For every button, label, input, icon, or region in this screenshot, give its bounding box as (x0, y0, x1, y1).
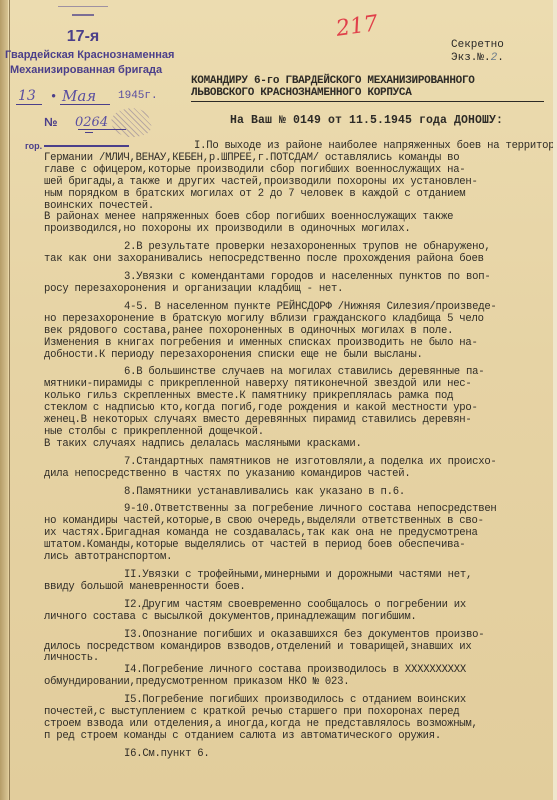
paragraph-9-10: 9-10.Ответственны за погребение личного … (44, 504, 544, 564)
paragraph-6: 6.В большинстве случаев на могилах стави… (44, 367, 544, 450)
stamp-scribble (109, 104, 153, 143)
stamp-small-dash (85, 132, 93, 133)
reg-number: 0264 (75, 115, 108, 130)
reg-label: № (44, 115, 57, 129)
paragraph-8: 8.Памятники устанавливались как указано … (44, 487, 544, 499)
date-year: 1945г. (118, 90, 158, 102)
stamp-line-1: Гвардейская Краснознаменная (5, 49, 165, 61)
archive-page-number: 217 (334, 11, 379, 42)
paragraph-11: II.Увязки с трофейными,минерными и дорож… (44, 570, 544, 594)
paragraph-12: I2.Другим частям своевременно сообщалось… (44, 600, 544, 624)
paragraph-15: I5.Погребение погибших производилось с о… (44, 695, 544, 743)
secret-label: Секретно (451, 39, 504, 52)
unit-stamp: 17-я Гвардейская Краснознаменная Механиз… (0, 0, 180, 90)
date-separator: • (50, 90, 57, 104)
document-page: 17-я Гвардейская Краснознаменная Механиз… (0, 0, 557, 800)
addressee: КОМАНДИРУ 6-го ГВАРДЕЙСКОГО МЕХАНИЗИРОВА… (191, 75, 544, 102)
paragraph-16: I6.См.пункт 6. (44, 749, 544, 761)
stamp-line-2: Механизированная бригада (10, 64, 160, 76)
paragraph-13: I3.Опознание погибших и оказавшихся без … (44, 630, 544, 666)
report-reference: На Ваш № 0149 от 11.5.1945 года ДОНОШУ: (230, 114, 503, 127)
copy-number-sep: . (484, 52, 491, 64)
date-month: Мая (62, 87, 96, 105)
classification-block: Секретно Экз.№.2. (451, 39, 504, 65)
paragraph-14: I4.Погребение личного состава производил… (44, 665, 544, 689)
paragraph-1: I.По выходе из районе наиболее напряженн… (44, 141, 544, 236)
paragraph-3: 3.Увязки с комендантами городов и населе… (44, 272, 544, 296)
stamp-unit-number: 17-я (58, 28, 108, 46)
document-body: I.По выходе из районе наиболее напряженн… (44, 141, 544, 761)
paragraph-2: 2.В результате проверки незахороненных т… (44, 242, 544, 266)
paragraph-4-5: 4-5. В населенном пункте РЕЙНСДОРФ /Нижн… (44, 302, 544, 362)
registration-number: № 0264 (44, 113, 108, 131)
stamp-date: 13 • Мая 1945г. (10, 88, 170, 108)
stamp-top-line (58, 0, 108, 7)
addressee-line-2: ЛЬВОВСКОГО КРАСНОЗНАМЕННОГО КОРПУСА (191, 87, 544, 99)
addressee-line-1: КОМАНДИРУ 6-го ГВАРДЕЙСКОГО МЕХАНИЗИРОВА… (191, 75, 544, 87)
binding-edge (9, 0, 10, 800)
paragraph-7: 7.Стандартных памятников не изготовляли,… (44, 457, 544, 481)
stamp-dash (72, 14, 94, 16)
copy-label: Экз.№ (451, 52, 484, 64)
date-day: 13 (18, 88, 36, 104)
copy-line: Экз.№.2. (451, 52, 504, 65)
city-label: гор. (25, 141, 42, 151)
addressee-underline (191, 101, 544, 102)
